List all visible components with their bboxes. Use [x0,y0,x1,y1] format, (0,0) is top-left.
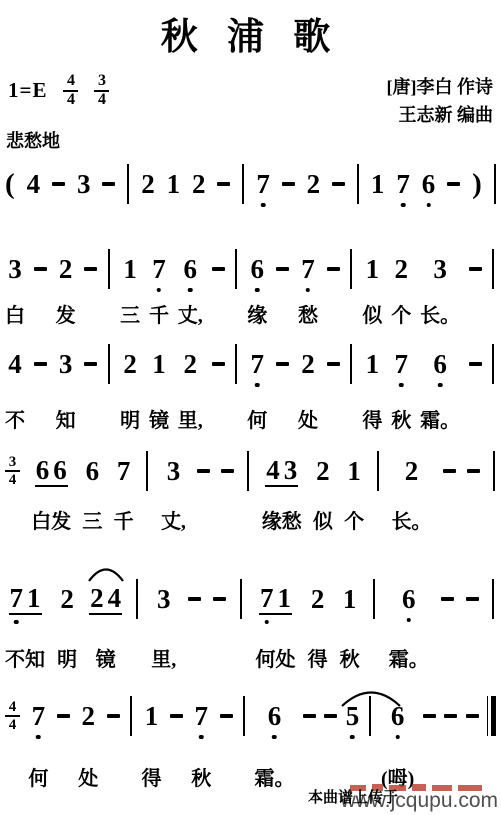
note-digit: 2 [90,583,104,613]
note-slot: 7 [152,253,166,285]
note-slot [377,455,379,487]
lyric: 镜 [96,643,116,669]
lyric [216,299,221,325]
cell [217,168,230,200]
lyric: 何 [247,404,267,430]
barline [377,451,379,491]
octave-dot [272,735,277,740]
note-digit: 2 [123,349,137,379]
note-slot: 2 [192,168,206,200]
note-digit: 3 [284,455,298,485]
note-digit: 3 [167,456,181,486]
note-slot: 1 [152,348,166,380]
cell [145,455,150,531]
cell [372,583,377,669]
cell [84,348,97,430]
tempo-mood-label: 悲愁地 [6,127,60,153]
lyric: 秋 [340,643,360,669]
note-digit: 6 [36,455,50,485]
note-digit: 7 [395,349,409,379]
note-digit: 1 [371,169,385,199]
note-slot: 34 [5,455,20,487]
lyric [473,404,478,430]
lyric [192,643,197,669]
cell: 6三 [82,455,102,531]
cell [34,348,47,430]
note-slot [84,348,97,380]
system-5: 71不知2明24镜 3里, 71何处2得1秋 6霜。 [5,583,496,669]
note-slot [492,348,494,380]
note-slot: 7 [251,348,265,380]
cell: 2 [192,168,206,200]
note-digit: 2 [141,169,155,199]
note-digit: 3 [59,349,73,379]
lyric [61,762,66,788]
system-2: 3白 2发 1三7千6丈, 6缘 7愁 1似2个3长。 [5,253,496,325]
duration-dash [282,182,295,186]
note-slot [373,583,375,615]
lyric [246,505,251,531]
note-slot [466,700,479,732]
note-slot: 2 [141,168,155,200]
lyric: 处 [298,404,318,430]
note-digit: 7 [195,701,209,731]
note-digit: 3 [77,169,91,199]
note-slot [492,253,494,285]
duration-dash [107,714,120,718]
note-slot: 44 [5,700,20,732]
cell: ( [5,168,15,200]
lyric: 镜 [149,404,169,430]
lyric [447,505,452,531]
lyric [331,404,336,430]
cell: 1似 [362,253,382,325]
note-digit: 4 [27,169,41,199]
note-slot [213,583,226,615]
cell [221,455,234,531]
cell [491,455,496,531]
note-slot [493,455,495,487]
time-signature-denominator: 4 [67,93,75,107]
cell: 7何 [247,348,267,430]
lyric: 长。 [391,505,431,531]
system-1: (4321272176) [5,168,496,200]
cell [491,348,496,430]
credits: [唐]李白 作诗 王志新 编曲 [387,74,494,130]
lyric: 白发 [31,505,71,531]
cell: 7秋 [191,700,211,788]
cell [276,253,289,325]
note-slot [324,700,337,732]
barline [136,579,138,619]
note-digit: 1 [145,701,159,731]
cell: 44 [5,700,20,788]
note-slot: 7 [117,455,131,487]
duration-dash [447,182,460,186]
duration-dash [213,597,226,601]
cell: 43缘愁 [262,455,302,531]
barline [146,451,148,491]
duration-dash [217,182,230,186]
cell: 2明 [120,348,140,430]
note-slot [130,700,132,732]
lyric: 愁 [298,299,318,325]
cell [212,253,225,325]
cell: 2长。 [391,455,431,531]
lyric: 个 [391,299,411,325]
note-slot [332,168,345,200]
note-digit: 2 [81,701,95,731]
cell: 2里, [178,348,203,430]
cell: 1镜 [149,348,169,430]
time-signature-numerator: 3 [9,456,17,469]
cell [349,348,354,430]
cell [233,253,238,325]
lyric [349,404,354,430]
note-slot: 2 [123,348,137,380]
note-slot: 2 [301,348,315,380]
cell: 2明 [57,583,77,669]
note-slot: 3 [59,348,73,380]
barline [350,249,352,289]
cell [213,583,226,669]
watermark: 本曲谱上传于 www.jcqupu.com [288,781,498,815]
note-digit: 6 [391,701,405,731]
note-digit: 1 [366,349,380,379]
note-slot: 24 [89,583,122,615]
note-digit: 6 [53,455,67,485]
lyric [174,762,179,788]
octave-dot [188,288,193,293]
octave-dot [255,288,260,293]
lyric [372,643,377,669]
lyric: 长。 [420,299,460,325]
cell [127,168,129,200]
duration-dash [212,362,225,366]
duration-dash [423,714,436,718]
cell: 6 [422,168,436,200]
note-slot [423,700,436,732]
note-slot: 3 [8,253,22,285]
system-6: 44 7何 2处 1得 7秋 6霜。 5 6(呣) [5,700,496,788]
note-slot [243,700,245,732]
barline [242,164,244,204]
lyric [473,299,478,325]
lyric [445,643,450,669]
note-slot: 7 [195,700,209,732]
time-signature-denominator: 4 [9,474,17,487]
cell [106,348,111,430]
note-slot: 4 [8,348,22,380]
cell: 1三 [120,253,140,325]
note-digit: 2 [59,254,73,284]
note-slot [469,253,482,285]
beam-group: 66 [35,455,68,487]
note-slot: 1 [123,253,137,285]
note-slot: 1 [366,253,380,285]
lyric [471,505,476,531]
cell: 7 [256,168,270,200]
lyric: 霜。 [389,643,429,669]
note-slot [492,583,494,615]
lyric: 霜。 [420,404,460,430]
cell [469,348,482,430]
barline [235,249,237,289]
cell: 3长。 [420,253,460,325]
barline [240,579,242,619]
cell [238,583,243,669]
note-digit: 1 [167,169,181,199]
note-digit: 7 [251,349,265,379]
lyric [134,643,139,669]
cell [282,168,295,200]
cell [303,700,316,788]
note-digit: 4 [8,349,22,379]
note-digit: 6 [268,701,282,731]
lyric: 丈, [161,505,186,531]
note-slot: 2 [395,253,409,285]
note-digit: 4 [266,455,280,485]
cell [491,583,496,669]
octave-dot [395,735,400,740]
cell [212,348,225,430]
cell: 3丈, [161,455,186,531]
note-digit: 1 [123,254,137,284]
cell: 66白发 [31,455,71,531]
note-slot: 6 [391,700,405,732]
lyric [106,404,111,430]
lyric [225,505,230,531]
note-slot [220,700,233,732]
lyric: 里, [178,404,203,430]
duration-dash [469,267,482,271]
time-signature-4-4: 4 4 [63,74,78,107]
time-signature: 44 [5,701,20,732]
note-slot: ( [5,168,15,200]
note-slot: 1 [167,168,181,200]
note-slot [466,583,479,615]
cell: 7 [396,168,410,200]
octave-dot [401,203,406,208]
cell [327,253,340,325]
note-slot: 2 [184,348,198,380]
cell [466,700,479,788]
note-digit: 2 [311,584,325,614]
lyric: 不 [5,404,25,430]
time-signature: 34 [5,456,20,487]
cell [246,455,251,531]
system-3: 4不 3知 2明1镜2里, 7何 2处 1得7秋6霜。 [5,348,496,430]
note-digit: 1 [343,584,357,614]
note-slot: 7 [301,253,315,285]
lyric: 里, [151,643,176,669]
system-4: 34 66白发6三7千 3丈, 43缘愁2似1个 2长。 [5,455,496,531]
note-slot [350,348,352,380]
octave-dot [199,735,204,740]
final-barline [487,696,496,736]
note-slot: 4 [27,168,41,200]
lyric: 得 [362,404,382,430]
octave-dot [399,383,404,388]
note-slot [235,348,237,380]
octave-dot [261,203,266,208]
cell: 34 [5,455,20,531]
barline [494,164,496,204]
note-slot: 1 [366,348,380,380]
note-slot [467,455,480,487]
note-slot [447,168,460,200]
duration-dash [34,267,47,271]
lyric [224,762,229,788]
note-slot [212,348,225,380]
cell: 7秋 [391,348,411,430]
duration-dash [276,267,289,271]
lyric [145,505,150,531]
duration-dash [276,362,289,366]
duration-dash [332,182,345,186]
note-digit: 2 [60,584,74,614]
note-digit: 1 [152,349,166,379]
barline [235,344,237,384]
page-title: 秋 浦 歌 [0,6,501,60]
cell [441,583,454,669]
lyric [349,299,354,325]
note-slot: ) [472,168,482,200]
lyric [88,404,93,430]
cell: 24镜 [89,583,122,669]
note-slot [327,253,340,285]
cell [349,253,354,325]
cell [197,455,210,531]
cell: 2处 [78,700,98,788]
cell [128,700,133,788]
note-digit: 2 [184,349,198,379]
note-slot [350,253,352,285]
sheet-music-page: 秋 浦 歌 1=E 4 4 3 4 悲愁地 [唐]李白 作诗 王志新 编曲 (4… [0,0,501,815]
note-slot [327,348,340,380]
cell: 1 [167,168,181,200]
duration-dash [327,362,340,366]
lyric: 何 [28,762,48,788]
cell: 1个 [344,455,364,531]
slur-arc [87,568,125,582]
note-slot: 6 [251,253,265,285]
note-digit: 6 [422,169,436,199]
time-signature-numerator: 4 [9,701,17,714]
note-digit: 7 [260,583,274,613]
duration-dash [466,714,479,718]
barline [493,451,495,491]
note-slot: 7 [32,700,46,732]
note-slot [52,168,65,200]
note-slot: 3 [77,168,91,200]
note-digit: 2 [192,169,206,199]
duration-dash [212,267,225,271]
cell: 6丈, [178,253,203,325]
cell [491,253,496,325]
cell: 1得 [141,700,161,788]
cell [332,168,345,200]
lyric [280,299,285,325]
cell [57,700,70,788]
beam-group: 71 [9,583,42,615]
lyric [201,505,206,531]
cell: 71何处 [256,583,296,669]
cell [276,348,289,430]
cell [368,700,373,788]
cell: 2 [141,168,155,200]
note-slot [188,583,201,615]
note-slot: 6 [402,583,416,615]
lyric [491,299,496,325]
note-slot: 71 [259,583,292,615]
duration-dash [57,714,70,718]
cell: 3知 [56,348,76,430]
note-slot: 5 [346,700,360,732]
note-slot: 2 [81,700,95,732]
cell [375,455,380,531]
lyric [106,299,111,325]
note-digit: 2 [316,456,330,486]
barline [130,696,132,736]
note-digit: 1 [366,254,380,284]
cell [106,253,111,325]
octave-dot [407,618,412,623]
beam-group: 71 [259,583,292,615]
note-slot [469,348,482,380]
lyric [375,505,380,531]
lyric: 得 [308,643,328,669]
note-digit: 7 [301,254,315,284]
cell: 6霜。 [420,348,460,430]
barline [492,249,494,289]
cell [102,168,115,200]
cell: 7千 [114,455,134,531]
duration-dash [443,469,456,473]
note-slot [357,168,359,200]
lyric: 缘愁 [262,505,302,531]
barline [369,696,371,736]
barline [492,344,494,384]
cell: 7愁 [298,253,318,325]
note-digit: 3 [157,584,171,614]
note-slot [240,583,242,615]
note-slot: 71 [9,583,42,615]
note-digit: 2 [301,349,315,379]
lyric: 得 [141,762,161,788]
note-slot [369,700,371,732]
lyric [491,643,496,669]
cell: 2处 [298,348,318,430]
lyric: 个 [344,505,364,531]
cell: 6霜。 [389,583,429,669]
cell [220,700,233,788]
lyric: 秋 [391,404,411,430]
lyric [470,643,475,669]
cell [327,348,340,430]
note-slot [57,700,70,732]
note-digit: 7 [32,701,46,731]
cell [241,700,246,788]
lyric: 知 [56,404,76,430]
cell: 4不 [5,348,25,430]
note-slot [221,455,234,487]
cell: 3 [77,168,91,200]
cell [52,168,65,200]
note-slot [136,583,138,615]
note-slot [487,700,496,732]
lyric: 丈, [178,299,203,325]
